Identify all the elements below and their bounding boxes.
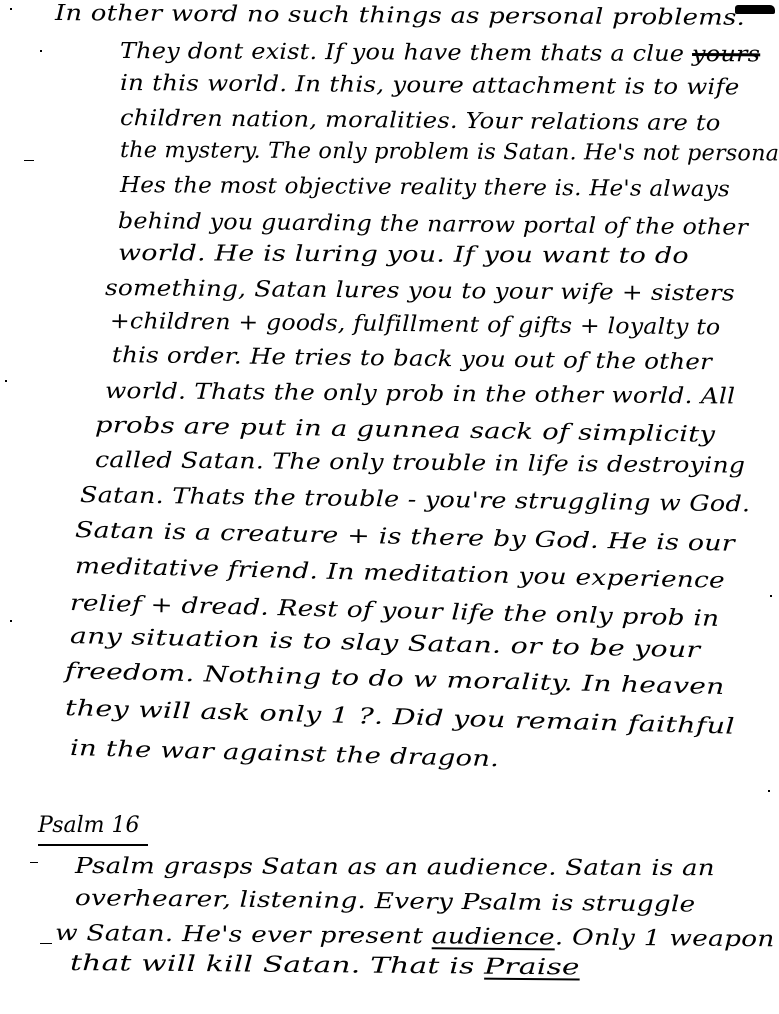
scan-speck	[5, 380, 7, 382]
scan-speck	[768, 790, 770, 792]
underlined-word: audience	[432, 924, 555, 950]
handwritten-line: world. Thats the only prob in the other …	[105, 378, 736, 411]
handwritten-line: this order. He tries to back you out of …	[112, 342, 712, 377]
line-text: freedom. Nothing to do w morality. In he…	[65, 659, 725, 700]
handwritten-line: behind you guarding the narrow portal of…	[118, 208, 748, 243]
line-text: probs are put in a gunnea sack of simpli…	[95, 413, 716, 448]
line-text: behind you guarding the narrow portal of…	[118, 209, 748, 241]
handwritten-line: probs are put in a gunnea sack of simpli…	[95, 412, 716, 450]
line-text: world. Thats the only prob in the other …	[105, 379, 735, 409]
scan-speck	[770, 595, 772, 597]
line-text: Satan. Thats the trouble - you're strugg…	[80, 483, 751, 517]
line-text: Satan is a creature + is there by God. H…	[75, 518, 735, 557]
line-text: the mystery. The only problem is Satan. …	[120, 138, 779, 166]
line-text: Hes the most objective reality there is.…	[120, 173, 730, 202]
scan-speck	[40, 943, 52, 944]
handwritten-line: the mystery. The only problem is Satan. …	[120, 137, 779, 168]
handwritten-line: overhearer, listening. Every Psalm is st…	[75, 885, 696, 919]
line-text: In other word no such things as personal…	[55, 1, 745, 31]
scan-speck	[24, 160, 34, 161]
handwritten-line: world. He is luring you. If you want to …	[118, 240, 689, 271]
line-text: overhearer, listening. Every Psalm is st…	[75, 886, 696, 917]
line-text: . Only 1 weapon	[555, 925, 775, 952]
line-text: world. He is luring you. If you want to …	[118, 241, 689, 269]
handwritten-line: they will ask only 1 ?. Did you remain f…	[65, 695, 735, 742]
handwritten-line: Satan. Thats the trouble - you're strugg…	[80, 482, 751, 519]
line-text: meditative friend. In meditation you exp…	[75, 554, 725, 594]
scan-speck	[40, 50, 42, 52]
line-text: +children + goods, fulfillment of gifts …	[110, 309, 721, 340]
handwritten-line: in this world. In this, youre attachment…	[120, 70, 740, 102]
section-heading-psalm-16: Psalm 16	[38, 812, 148, 846]
handwritten-line: In other word no such things as personal…	[55, 0, 745, 33]
handwritten-line: freedom. Nothing to do w morality. In he…	[65, 658, 725, 702]
handwritten-line: w Satan. He's ever present audience. Onl…	[55, 920, 775, 954]
handwritten-line: Hes the most objective reality there is.…	[120, 172, 730, 204]
line-text: this order. He tries to back you out of …	[112, 343, 712, 375]
handwritten-line: something, Satan lures you to your wife …	[105, 275, 735, 308]
handwritten-line: meditative friend. In meditation you exp…	[75, 553, 726, 596]
handwritten-line: Satan is a creature + is there by God. H…	[75, 517, 735, 559]
scan-speck	[30, 862, 38, 863]
line-text: in the war against the dragon.	[70, 736, 500, 772]
line-text: that will kill Satan. That is	[70, 951, 484, 980]
handwritten-line: in the war against the dragon.	[70, 735, 500, 774]
scan-speck	[10, 8, 12, 10]
line-text: They dont exist. If you have them thats …	[120, 39, 692, 67]
handwritten-line: that will kill Satan. That is Praise	[70, 950, 580, 982]
underlined-word: Praise	[484, 955, 580, 981]
line-text: w Satan. He's ever present	[55, 921, 432, 949]
struck-out-word: yours	[692, 42, 760, 67]
line-text: called Satan. The only trouble in life i…	[95, 448, 745, 479]
line-text: in this world. In this, youre attachment…	[120, 71, 740, 100]
handwritten-line: called Satan. The only trouble in life i…	[95, 447, 745, 481]
line-text: they will ask only 1 ?. Did you remain f…	[65, 696, 735, 740]
handwritten-line: They dont exist. If you have them thats …	[120, 38, 760, 69]
scan-speck	[10, 620, 12, 622]
line-text: something, Satan lures you to your wife …	[105, 276, 735, 306]
line-text: children nation, moralities. Your relati…	[120, 106, 721, 136]
line-text: Psalm grasps Satan as an audience. Satan…	[75, 854, 715, 881]
handwritten-page: In other word no such things as personal…	[0, 0, 779, 1014]
handwritten-line: children nation, moralities. Your relati…	[120, 105, 721, 138]
handwritten-line: +children + goods, fulfillment of gifts …	[110, 308, 721, 342]
handwritten-line: Psalm grasps Satan as an audience. Satan…	[75, 853, 715, 883]
